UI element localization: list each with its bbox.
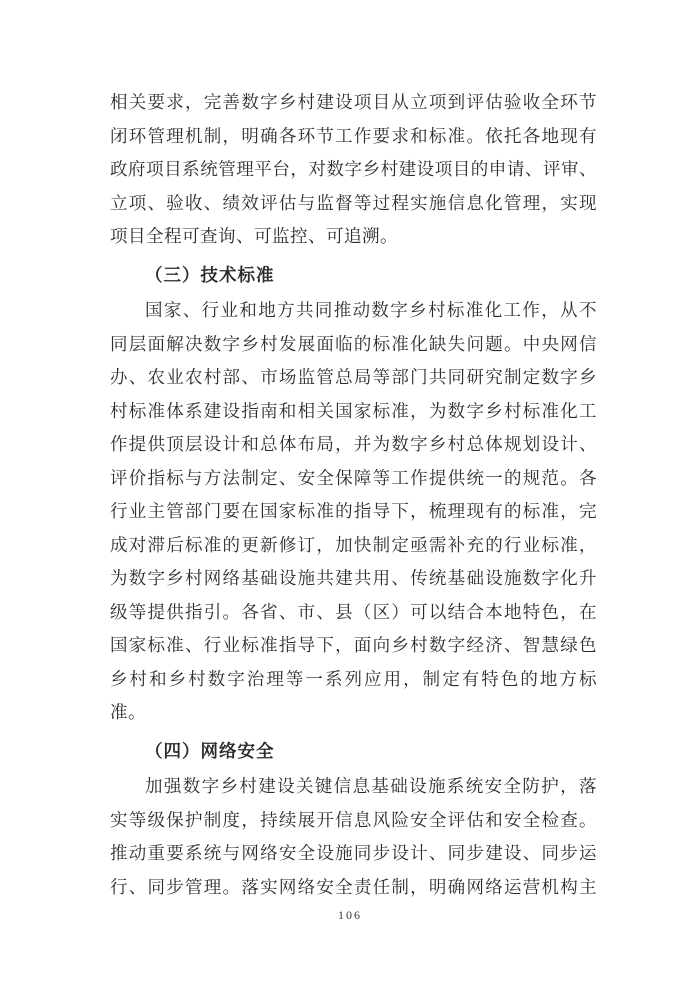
section-heading: （三）技术标准: [110, 259, 597, 293]
text-line: 行业主管部门要在国家标准的指导下，梳理现有的标准，完: [110, 495, 597, 529]
text-line: （四）网络安全: [110, 735, 597, 769]
text-line: 加强数字乡村建设关键信息基础设施系统安全防护，落: [110, 770, 597, 804]
text-line: 立项、验收、绩效评估与监督等过程实施信息化管理，实现: [110, 187, 597, 221]
text-line: 为数字乡村网络基础设施共建共用、传统基础设施数字化升: [110, 562, 597, 596]
text-line: 国家、行业和地方共同推动数字乡村标准化工作，从不: [110, 294, 597, 328]
text-line: 推动重要系统与网络安全设施同步设计、同步建设、同步运: [110, 837, 597, 871]
section-heading: （四）网络安全: [110, 735, 597, 769]
text-line: 乡村和乡村数字治理等一系列应用，制定有特色的地方标: [110, 663, 597, 697]
text-line: 作提供顶层设计和总体布局，并为数字乡村总体规划设计、: [110, 428, 597, 462]
document-page: 相关要求，完善数字乡村建设项目从立项到评估验收全环节闭环管理机制，明确各环节工作…: [0, 0, 700, 990]
text-line: 村标准体系建设指南和相关国家标准，为数字乡村标准化工: [110, 395, 597, 429]
text-line: 行、同步管理。落实网络安全责任制，明确网络运营机构主: [110, 871, 597, 905]
document-body: 相关要求，完善数字乡村建设项目从立项到评估验收全环节闭环管理机制，明确各环节工作…: [110, 86, 597, 904]
paragraph: 相关要求，完善数字乡村建设项目从立项到评估验收全环节闭环管理机制，明确各环节工作…: [110, 86, 597, 254]
text-line: 准。: [110, 696, 597, 730]
text-line: 项目全程可查询、可监控、可追溯。: [110, 220, 597, 254]
text-line: 成对滞后标准的更新修订，加快制定亟需补充的行业标准，: [110, 529, 597, 563]
text-line: 同层面解决数字乡村发展面临的标准化缺失问题。中央网信: [110, 328, 597, 362]
text-line: 闭环管理机制，明确各环节工作要求和标准。依托各地现有: [110, 120, 597, 154]
text-line: 国家标准、行业标准指导下，面向乡村数字经济、智慧绿色: [110, 629, 597, 663]
paragraph: 加强数字乡村建设关键信息基础设施系统安全防护，落实等级保护制度，持续展开信息风险…: [110, 770, 597, 904]
text-line: （三）技术标准: [110, 259, 597, 293]
text-line: 相关要求，完善数字乡村建设项目从立项到评估验收全环节: [110, 86, 597, 120]
text-line: 评价指标与方法制定、安全保障等工作提供统一的规范。各: [110, 462, 597, 496]
text-line: 办、农业农村部、市场监管总局等部门共同研究制定数字乡: [110, 361, 597, 395]
text-line: 政府项目系统管理平台，对数字乡村建设项目的申请、评审、: [110, 153, 597, 187]
text-line: 实等级保护制度，持续展开信息风险安全评估和安全检查。: [110, 804, 597, 838]
text-line: 级等提供指引。各省、市、县（区）可以结合本地特色，在: [110, 596, 597, 630]
page-number: 106: [0, 908, 700, 923]
paragraph: 国家、行业和地方共同推动数字乡村标准化工作，从不同层面解决数字乡村发展面临的标准…: [110, 294, 597, 730]
